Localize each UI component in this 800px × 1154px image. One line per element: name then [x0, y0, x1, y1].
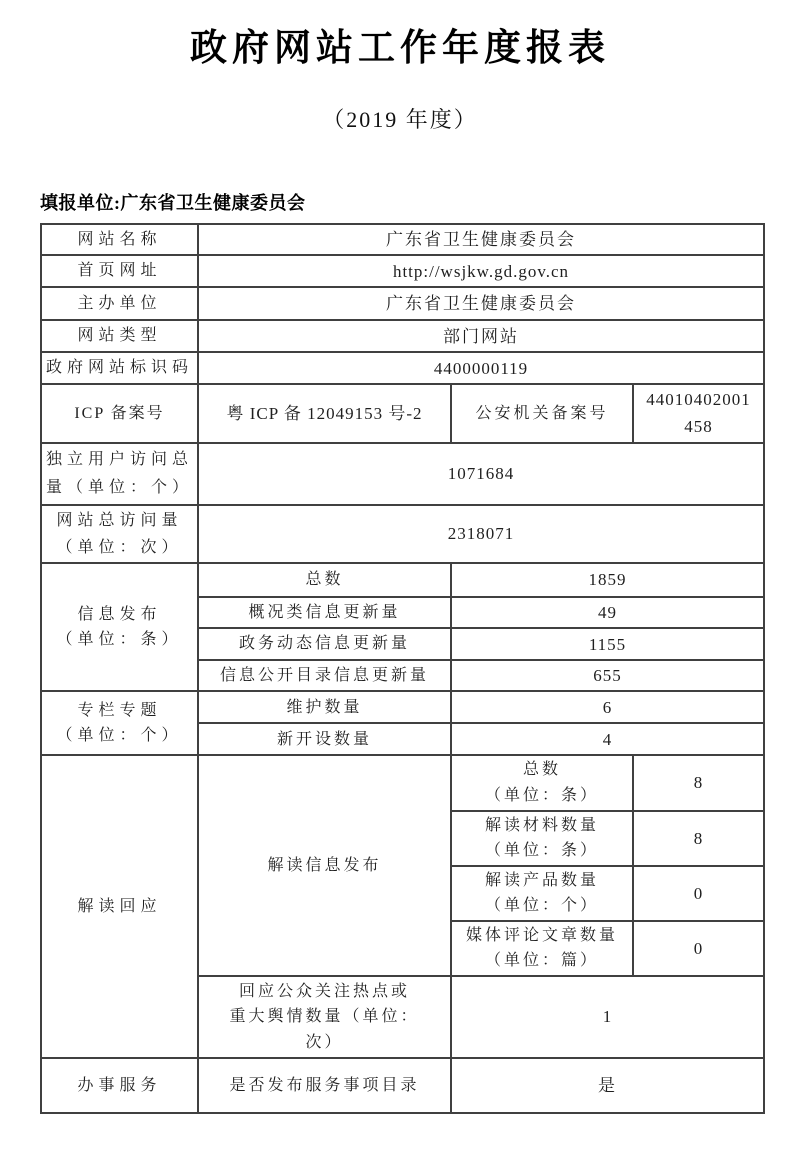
site-code-label: 政府网站标识码 — [41, 352, 198, 384]
interpretation-total-row: 解读回应 解读信息发布 总数 （单位：条） 8 — [41, 755, 764, 810]
icp-row: ICP 备案号 粤 ICP 备 12049153 号-2 公安机关备案号 440… — [41, 384, 764, 442]
info-publish-total-label: 总数 — [198, 563, 451, 597]
site-name-value: 广东省卫生健康委员会 — [198, 224, 764, 255]
interpretation-media-value: 0 — [633, 921, 764, 976]
police-record-value: 44010402001 458 — [633, 384, 764, 442]
info-publish-overview-label: 概况类信息更新量 — [198, 597, 451, 628]
page-subtitle: （2019 年度） — [0, 103, 800, 134]
unique-visitors-label: 独立用户访问总 量（单位：个） — [41, 443, 198, 505]
service-directory-label: 是否发布服务事项目录 — [198, 1058, 451, 1113]
service-directory-row: 办事服务 是否发布服务事项目录 是 — [41, 1058, 764, 1113]
unique-visitors-row: 独立用户访问总 量（单位：个） 1071684 — [41, 443, 764, 505]
info-publish-total-row: 信息发布 （单位：条） 总数 1859 — [41, 563, 764, 597]
topics-maintained-row: 专栏专题 （单位：个） 维护数量 6 — [41, 691, 764, 723]
icp-label: ICP 备案号 — [41, 384, 198, 442]
interpretation-product-label: 解读产品数量 （单位：个） — [451, 866, 633, 921]
total-visits-row: 网站总访问量 （单位：次） 2318071 — [41, 505, 764, 563]
hotspot-response-label: 回应公众关注热点或 重大舆情数量（单位： 次） — [198, 976, 451, 1058]
reporting-unit-line: 填报单位:广东省卫生健康委员会 — [40, 189, 800, 215]
site-code-row: 政府网站标识码 4400000119 — [41, 352, 764, 384]
interpretation-material-label: 解读材料数量 （单位：条） — [451, 811, 633, 866]
home-url-label: 首页网址 — [41, 255, 198, 287]
site-code-value: 4400000119 — [198, 352, 764, 384]
topics-maintained-label: 维护数量 — [198, 691, 451, 723]
document-page: 政府网站工作年度报表 （2019 年度） 填报单位:广东省卫生健康委员会 网站名… — [0, 0, 800, 1154]
info-publish-overview-value: 49 — [451, 597, 764, 628]
topics-new-label: 新开设数量 — [198, 723, 451, 755]
topics-maintained-value: 6 — [451, 691, 764, 723]
home-url-value: http://wsjkw.gd.gov.cn — [198, 255, 764, 287]
home-url-row: 首页网址 http://wsjkw.gd.gov.cn — [41, 255, 764, 287]
total-visits-value: 2318071 — [198, 505, 764, 563]
sponsor-row: 主办单位 广东省卫生健康委员会 — [41, 287, 764, 320]
topics-new-value: 4 — [451, 723, 764, 755]
topics-section-label: 专栏专题 （单位：个） — [41, 691, 198, 755]
site-type-value: 部门网站 — [198, 320, 764, 352]
info-publish-catalog-value: 655 — [451, 660, 764, 691]
interpretation-publish-label: 解读信息发布 — [198, 755, 451, 976]
interpretation-product-value: 0 — [633, 866, 764, 921]
interpretation-total-label: 总数 （单位：条） — [451, 755, 633, 810]
sponsor-label: 主办单位 — [41, 287, 198, 320]
site-type-label: 网站类型 — [41, 320, 198, 352]
page-title: 政府网站工作年度报表 — [0, 0, 800, 71]
sponsor-value: 广东省卫生健康委员会 — [198, 287, 764, 320]
info-publish-total-value: 1859 — [451, 563, 764, 597]
interpretation-material-value: 8 — [633, 811, 764, 866]
site-name-label: 网站名称 — [41, 224, 198, 255]
police-record-label: 公安机关备案号 — [451, 384, 633, 442]
service-directory-value: 是 — [451, 1058, 764, 1113]
total-visits-label: 网站总访问量 （单位：次） — [41, 505, 198, 563]
info-publish-catalog-label: 信息公开目录信息更新量 — [198, 660, 451, 691]
interpretation-section-label: 解读回应 — [41, 755, 198, 1058]
interpretation-total-value: 8 — [633, 755, 764, 810]
reporting-unit-name: 广东省卫生健康委员会 — [121, 193, 306, 213]
hotspot-response-value: 1 — [451, 976, 764, 1058]
reporting-unit-label: 填报单位: — [40, 193, 121, 213]
interpretation-media-label: 媒体评论文章数量 （单位：篇） — [451, 921, 633, 976]
info-publish-dynamic-label: 政务动态信息更新量 — [198, 628, 451, 660]
annual-report-table: 网站名称 广东省卫生健康委员会 首页网址 http://wsjkw.gd.gov… — [40, 223, 765, 1114]
info-publish-section-label: 信息发布 （单位：条） — [41, 563, 198, 691]
site-name-row: 网站名称 广东省卫生健康委员会 — [41, 224, 764, 255]
icp-value: 粤 ICP 备 12049153 号-2 — [198, 384, 451, 442]
site-type-row: 网站类型 部门网站 — [41, 320, 764, 352]
info-publish-dynamic-value: 1155 — [451, 628, 764, 660]
service-section-label: 办事服务 — [41, 1058, 198, 1113]
unique-visitors-value: 1071684 — [198, 443, 764, 505]
